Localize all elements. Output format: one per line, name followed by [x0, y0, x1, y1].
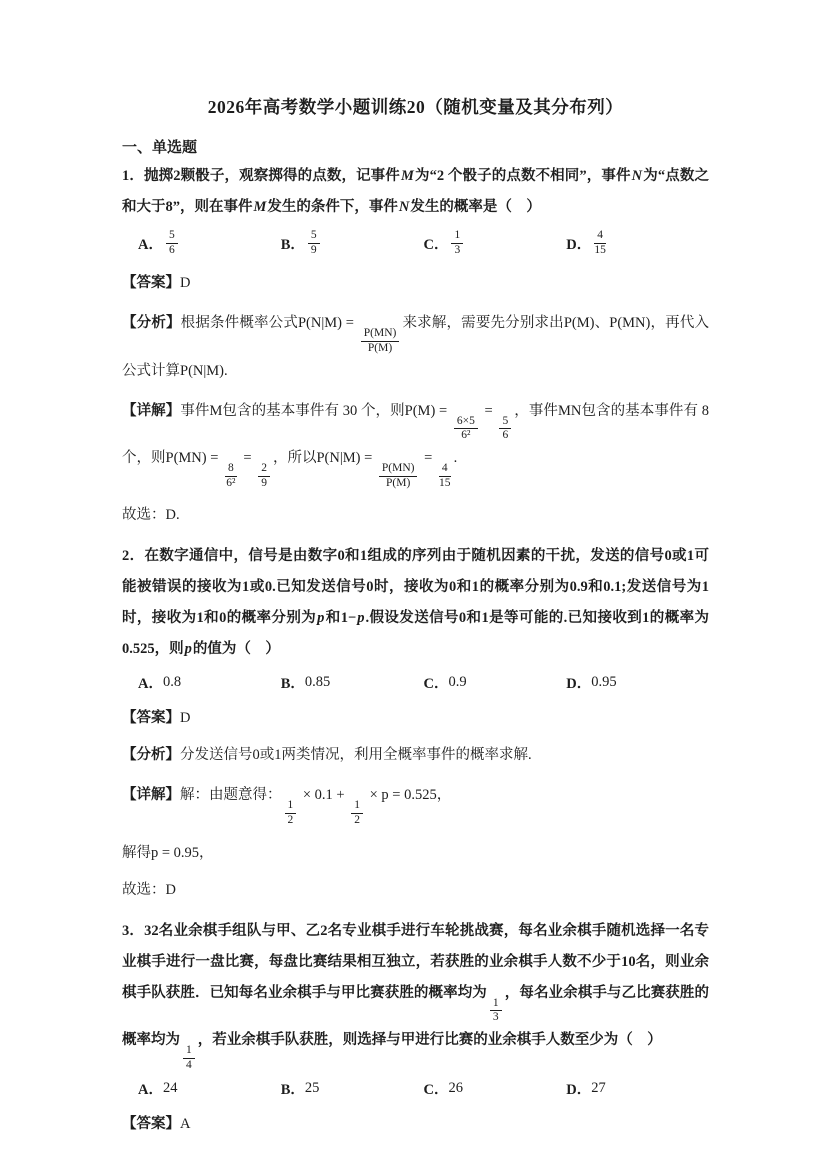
analysis-line: 【分析】分发送信号0或1两类情况，利用全概率事件的概率求解.	[122, 740, 709, 770]
question-block-3: 3．32名业余棋手组队与甲、乙2名专业棋手进行车轮挑战赛，每名业余棋手随机选择一…	[122, 916, 709, 1140]
text-run: 为“2 个骰子的点数不相同”，事件	[415, 168, 631, 184]
fraction: 56	[166, 229, 178, 258]
conclusion-line: 故选：D.	[122, 500, 709, 530]
option: A．0.8	[138, 672, 281, 693]
option-value: 59	[305, 229, 323, 258]
option-key: C．	[424, 1078, 449, 1099]
option-value: 0.95	[591, 674, 616, 691]
option: B．25	[281, 1078, 424, 1099]
detail-line: 【详解】解：由题意得：12 × 0.1 + 12 × p = 0.525，	[122, 780, 709, 827]
text-run: 0.95	[591, 674, 616, 691]
bold-label: 【分析】	[122, 315, 181, 331]
fraction: P(MN)P(M)	[361, 327, 400, 356]
question-stem: 2．在数字通信中，信号是由数字0和1组成的序列由于随机因素的干扰，发送的信号0或…	[122, 541, 709, 666]
document-page: 2026年高考数学小题训练20（随机变量及其分布列） 一、单选题 1．抛掷2颗骰…	[0, 0, 827, 1169]
text-run: 故选：D	[122, 882, 176, 898]
fraction: 59	[308, 229, 320, 258]
bold-label: 【答案】	[122, 1116, 180, 1132]
option-key: B．	[281, 233, 305, 254]
option-key: C．	[424, 233, 449, 254]
detail-line: 【详解】事件M包含的基本事件有 30 个，则P(M) = 6×56² = 56，…	[122, 396, 709, 490]
text-run: ，若业余棋手队获胜，则选择与甲进行比赛的业余棋手人数至少为（ ）	[198, 1032, 662, 1048]
option: A．56	[138, 229, 281, 258]
math-variable: M	[253, 199, 268, 215]
text-run: 和1−	[325, 610, 356, 626]
options-row: A．0.8 B．0.85 C．0.9 D．0.95	[122, 672, 709, 693]
detail-line: 解得p = 0.95，	[122, 838, 709, 868]
text-run: × 0.1 +	[299, 787, 348, 803]
option: B．0.85	[281, 672, 424, 693]
text-run: 24	[163, 1080, 178, 1097]
text-run: 根据条件概率公式P(N|M) =	[181, 315, 358, 331]
text-run: 的值为（ ）	[193, 641, 280, 657]
solution-lines: 【答案】D【分析】分发送信号0或1两类情况，利用全概率事件的概率求解.【详解】解…	[122, 703, 709, 906]
option-key: A．	[138, 1078, 163, 1099]
math-variable: p	[316, 610, 325, 626]
text-run: 0.9	[448, 674, 466, 691]
fraction: 12	[285, 799, 297, 828]
option-value: 415	[591, 229, 609, 258]
option-value: 56	[163, 229, 181, 258]
text-run: D	[180, 275, 190, 291]
text-run: 0.8	[163, 674, 181, 691]
solution-lines: 【答案】D【分析】根据条件概率公式P(N|M) = P(MN)P(M)来求解，需…	[122, 268, 709, 531]
math-variable: M	[400, 168, 415, 184]
option-key: B．	[281, 1078, 305, 1099]
answer-line: 【答案】D	[122, 703, 709, 733]
option-value: 0.85	[305, 674, 330, 691]
options-row: A．56 B．59 C．13 D．415	[122, 229, 709, 258]
text-run: 发生的条件下，事件	[267, 199, 398, 215]
questions-container: 1．抛掷2颗骰子，观察掷得的点数，记事件M为“2 个骰子的点数不相同”，事件N为…	[122, 161, 709, 1140]
text-run: =	[420, 450, 435, 466]
analysis-line: 【分析】根据条件概率公式P(N|M) = P(MN)P(M)来求解，需要先分别求…	[122, 308, 709, 386]
math-variable: N	[398, 199, 410, 215]
fraction: 415	[594, 229, 606, 258]
text-run: 解：由题意得：	[180, 787, 282, 803]
text-run: =	[240, 450, 255, 466]
fraction: 6×56²	[454, 415, 478, 444]
solution-lines: 【答案】A	[122, 1109, 709, 1139]
fraction: 13	[451, 229, 463, 258]
bold-label: 【答案】	[122, 710, 180, 726]
text-run: 发生的概率是（ ）	[410, 199, 541, 215]
document-title: 2026年高考数学小题训练20（随机变量及其分布列）	[122, 94, 709, 119]
text-run: 26	[448, 1080, 463, 1097]
fraction: 86²	[225, 462, 237, 491]
question-block-2: 2．在数字通信中，信号是由数字0和1组成的序列由于随机因素的干扰，发送的信号0或…	[122, 541, 709, 906]
text-run: 1．抛掷2颗骰子，观察掷得的点数，记事件	[122, 168, 400, 184]
text-run: 分发送信号0或1两类情况，利用全概率事件的概率求解.	[180, 747, 532, 763]
text-run: =	[481, 403, 497, 419]
question-stem: 1．抛掷2颗骰子，观察掷得的点数，记事件M为“2 个骰子的点数不相同”，事件N为…	[122, 161, 709, 223]
option: C．26	[424, 1078, 567, 1099]
fraction: 12	[351, 799, 363, 828]
math-variable: p	[184, 641, 193, 657]
text-run: 事件M包含的基本事件有 30 个，则P(M) =	[180, 403, 451, 419]
text-run: .	[454, 450, 458, 466]
fraction: 29	[258, 462, 270, 491]
fraction: P(MN)P(M)	[379, 462, 418, 491]
option-value: 0.9	[448, 674, 466, 691]
option-key: D．	[566, 672, 591, 693]
option-value: 13	[448, 229, 466, 258]
text-run: 故选：D.	[122, 507, 180, 523]
fraction: 56	[499, 415, 511, 444]
option-key: A．	[138, 233, 163, 254]
question-stem: 3．32名业余棋手组队与甲、乙2名专业棋手进行车轮挑战赛，每名业余棋手随机选择一…	[122, 916, 709, 1073]
option-value: 26	[448, 1080, 463, 1097]
option-key: B．	[281, 672, 305, 693]
answer-line: 【答案】D	[122, 268, 709, 298]
section-header: 一、单选题	[122, 136, 709, 157]
option-key: D．	[566, 233, 591, 254]
option: D．415	[566, 229, 709, 258]
option: D．27	[566, 1078, 709, 1099]
option: D．0.95	[566, 672, 709, 693]
option-value: 25	[305, 1080, 320, 1097]
option-key: D．	[566, 1078, 591, 1099]
conclusion-line: 故选：D	[122, 875, 709, 905]
bold-label: 【答案】	[122, 275, 180, 291]
fraction: 415	[439, 462, 451, 491]
bold-label: 【详解】	[122, 787, 180, 803]
option-value: 0.8	[163, 674, 181, 691]
option-key: A．	[138, 672, 163, 693]
bold-label: 【分析】	[122, 747, 180, 763]
answer-line: 【答案】A	[122, 1109, 709, 1139]
option: C．0.9	[424, 672, 567, 693]
text-run: 解得p = 0.95，	[122, 845, 214, 861]
text-run: 25	[305, 1080, 320, 1097]
option: B．59	[281, 229, 424, 258]
option: A．24	[138, 1078, 281, 1099]
option-value: 27	[591, 1080, 606, 1097]
text-run: 0.85	[305, 674, 330, 691]
option: C．13	[424, 229, 567, 258]
question-block-1: 1．抛掷2颗骰子，观察掷得的点数，记事件M为“2 个骰子的点数不相同”，事件N为…	[122, 161, 709, 531]
options-row: A．24 B．25 C．26 D．27	[122, 1078, 709, 1099]
option-value: 24	[163, 1080, 178, 1097]
math-variable: N	[631, 168, 643, 184]
fraction: 13	[490, 997, 502, 1026]
text-run: A	[180, 1116, 190, 1132]
text-run: ，所以P(N|M) =	[273, 450, 376, 466]
bold-label: 【详解】	[122, 403, 180, 419]
option-key: C．	[424, 672, 449, 693]
text-run: D	[180, 710, 190, 726]
fraction: 14	[183, 1044, 195, 1073]
text-run: × p = 0.525，	[366, 787, 451, 803]
text-run: 27	[591, 1080, 606, 1097]
